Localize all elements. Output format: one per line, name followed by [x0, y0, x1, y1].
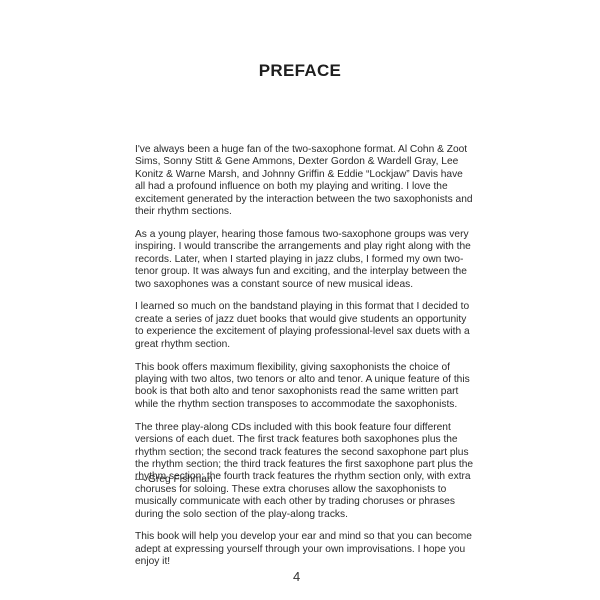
- page-number: 4: [293, 569, 300, 584]
- paragraph: This book will help you develop your ear…: [135, 531, 475, 568]
- page-title: PREFACE: [0, 61, 600, 81]
- paragraph: I learned so much on the bandstand playi…: [135, 301, 475, 351]
- paragraph: As a young player, hearing those famous …: [135, 229, 475, 291]
- paragraph: The three play-along CDs included with t…: [135, 422, 475, 521]
- paragraph: I've always been a huge fan of the two-s…: [135, 144, 475, 218]
- paragraph: This book offers maximum flexibility, gi…: [135, 362, 475, 412]
- preface-body: I've always been a huge fan of the two-s…: [135, 144, 475, 579]
- signature: — Greg Fishman: [135, 474, 213, 485]
